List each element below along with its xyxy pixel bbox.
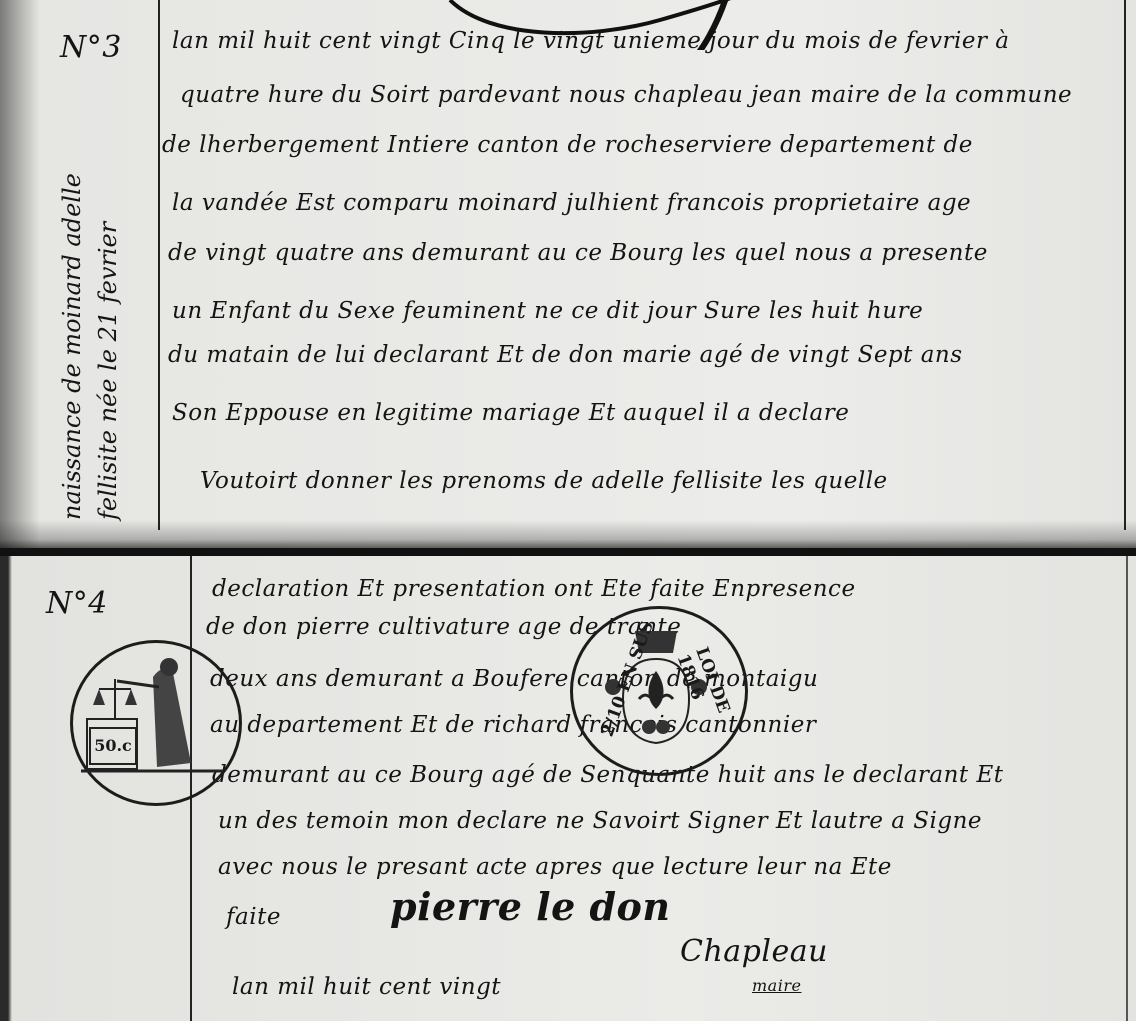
register-page-top: N°3 naissance de moinard adelle fellisit…: [0, 0, 1136, 548]
next-entry-start: lan mil huit cent vingt: [232, 974, 501, 1000]
text-line: de vingt quatre ans demurant au ce Bourg…: [168, 240, 988, 266]
text-line: la vandée Est comparu moinard julhient f…: [172, 190, 971, 216]
entry-number: N°3: [60, 30, 122, 65]
royal-tax-stamp: 2/10 EN SUS LOI DE 1816: [570, 606, 748, 776]
text-line: Voutoirt donner les prenoms de adelle fe…: [200, 468, 888, 494]
stamp-value: 50.c: [89, 727, 137, 765]
justice-tax-stamp: 50.c: [70, 640, 242, 806]
margin-note-line2: fellisite née le 21 fevrier: [94, 222, 122, 520]
text-line: de lherbergement Intiere canton de roche…: [162, 132, 973, 158]
right-rule: [1126, 556, 1128, 1021]
witness-signature: pierre le don: [390, 884, 671, 929]
text-line: avec nous le presant acte apres que lect…: [218, 854, 892, 880]
right-rule: [1124, 0, 1126, 530]
text-line: un Enfant du Sexe feuminent ne ce dit jo…: [172, 298, 923, 324]
page-fold-shadow: [0, 520, 1136, 548]
entry-number: N°4: [46, 586, 108, 621]
text-line: Son Eppouse en legitime mariage Et auque…: [172, 400, 849, 426]
text-line: du matain de lui declarant Et de don mar…: [168, 342, 963, 368]
text-line: lan mil huit cent vingt Cinq le vingt un…: [172, 28, 1010, 54]
mayor-signature: Chapleau: [680, 934, 828, 969]
text-line: un des temoin mon declare ne Savoirt Sig…: [218, 808, 982, 834]
text-line: declaration Et presentation ont Ete fait…: [212, 576, 856, 602]
page-divider: [0, 548, 1136, 556]
text-line: quatre hure du Soirt pardevant nous chap…: [180, 82, 1072, 108]
margin-note-line1: naissance de moinard adelle: [58, 173, 86, 520]
margin-rule: [158, 0, 160, 530]
mayor-title: maire: [752, 976, 801, 995]
text-line: faite: [226, 904, 281, 930]
justice-figure-icon: [73, 643, 233, 797]
